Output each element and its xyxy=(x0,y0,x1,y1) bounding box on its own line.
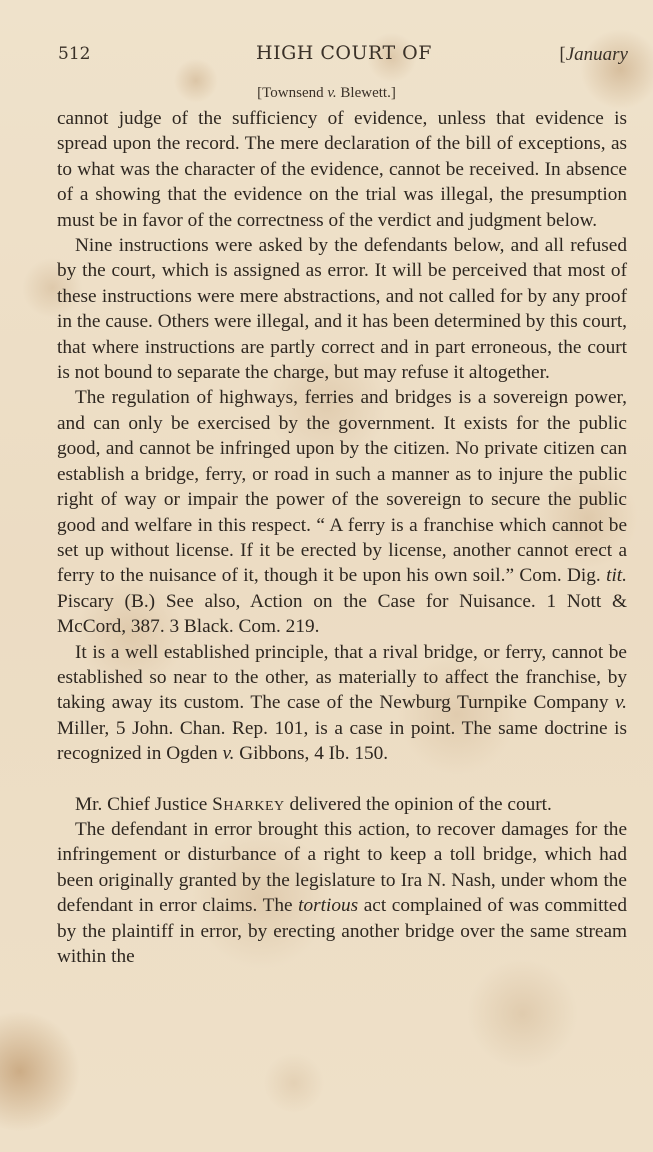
page-number: 512 xyxy=(58,44,90,64)
case-title-versus: v. xyxy=(327,85,336,101)
justice-name: Sharkey xyxy=(212,794,285,815)
case-title-plaintiff: [Townsend xyxy=(257,85,327,101)
text-run: Mr. Chief Justice xyxy=(75,794,212,815)
text-run: Piscary (B.) See also, Action on the Cas… xyxy=(57,591,627,637)
month-label: January xyxy=(566,44,628,65)
argument-paragraph-3: The regulation of highways, ferries and … xyxy=(57,385,627,639)
month-heading: [January xyxy=(559,44,628,66)
opinion-intro: Mr. Chief Justice Sharkey delivered the … xyxy=(57,792,627,817)
running-head: HIGH COURT OF xyxy=(256,42,432,64)
argument-paragraph-1: cannot judge of the sufficiency of evide… xyxy=(57,106,627,233)
italic-term: tortious xyxy=(298,895,358,916)
text-run: delivered the opinion of the court. xyxy=(285,794,552,815)
case-title: [Townsend v. Blewett.] xyxy=(0,85,653,102)
opinion-paragraph-1: The defendant in error brought this acti… xyxy=(57,817,627,969)
case-title-defendant: Blewett.] xyxy=(337,85,396,101)
page-header: 512 HIGH COURT OF [January xyxy=(58,40,628,70)
page-body: cannot judge of the sufficiency of evide… xyxy=(57,106,627,969)
section-gap xyxy=(57,767,627,792)
argument-paragraph-2: Nine instructions were asked by the defe… xyxy=(57,233,627,385)
text-run: The regulation of highways, ferries and … xyxy=(57,387,627,586)
text-run: It is a well established principle, that… xyxy=(57,642,627,714)
italic-versus: v. xyxy=(222,743,234,764)
argument-paragraph-4: It is a well established principle, that… xyxy=(57,640,627,767)
italic-versus: v. xyxy=(615,692,627,713)
text-run: Gibbons, 4 Ib. 150. xyxy=(234,743,388,764)
italic-abbrev: tit. xyxy=(606,565,627,586)
book-page: 512 HIGH COURT OF [January [Townsend v. … xyxy=(0,0,653,1152)
